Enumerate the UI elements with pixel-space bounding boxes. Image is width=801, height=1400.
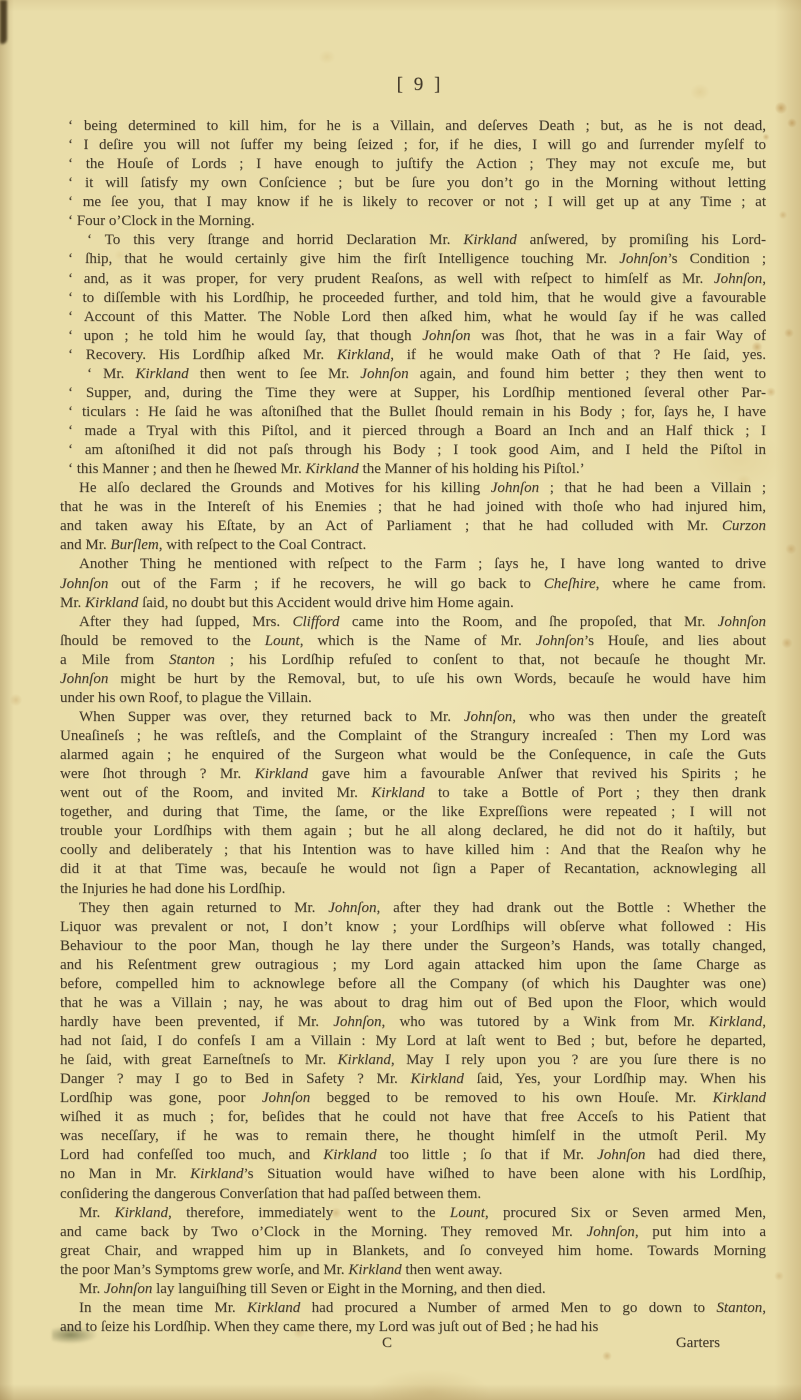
- text-line: and taken away his Eſtate, by an Act of …: [60, 517, 766, 536]
- book-page: [ 9 ] ‘ being determined to kill him, fo…: [0, 0, 801, 1400]
- text-line: and Mr. Burſlem, with reſpect to the Coa…: [60, 536, 766, 555]
- text-line: ‘ Mr. Kirkland then went to ſee Mr. John…: [60, 365, 766, 384]
- text-line: the Injuries he had done his Lordſhip.: [60, 880, 766, 899]
- text-line: went out of the Room, and invited Mr. Ki…: [60, 784, 766, 803]
- text-line: ‘ this Manner ; and then he ſhewed Mr. K…: [60, 460, 766, 479]
- text-line: trouble your Lordſhips with them again ;…: [60, 822, 766, 841]
- text-line: that he was in the Intereſt of his Enemi…: [60, 498, 766, 517]
- text-line: Mr. Johnſon lay languiſhing till Seven o…: [60, 1280, 766, 1299]
- text-line: coolly and deliberately ; that his Inten…: [60, 841, 766, 860]
- text-line: he ſaid, with great Earneſtneſs to Mr. K…: [60, 1051, 766, 1070]
- text-line: Mr. Kirkland, therefore, immediately wen…: [60, 1204, 766, 1223]
- text-line: ‘ me ſee you, that I may know if he is l…: [60, 193, 766, 212]
- text-line: He alſo declared the Grounds and Motives…: [60, 479, 766, 498]
- text-line: Johnſon out of the Farm ; if he recovers…: [60, 575, 766, 594]
- text-line: had not ſaid, I do confeſs I am a Villai…: [60, 1032, 766, 1051]
- text-line: Uneaſineſs ; he was reſtleſs, and the Co…: [60, 727, 766, 746]
- text-line: and his Reſentment grew outragious ; my …: [60, 956, 766, 975]
- text-line: a Mile from Stanton ; his Lordſhip refuſ…: [60, 651, 766, 670]
- text-line: Danger ? may I go to Bed in Safety ? Mr.…: [60, 1070, 766, 1089]
- text-line: under his own Roof, to plague the Villai…: [60, 689, 766, 708]
- text-line: ‘ the Houſe of Lords ; I have enough to …: [60, 155, 766, 174]
- text-line: Another Thing he mentioned with reſpect …: [60, 555, 766, 574]
- text-line: ‘ Four o’Clock in the Morning.: [60, 212, 766, 231]
- text-line: conſidering the dangerous Converſation t…: [60, 1185, 766, 1204]
- text-line: ‘ ſhip, that he would certainly give him…: [60, 250, 766, 269]
- text-line: Lord had confeſſed too much, and Kirklan…: [60, 1146, 766, 1165]
- text-line: Lordſhip was gone, poor Johnſon begged t…: [60, 1089, 766, 1108]
- page-number: [ 9 ]: [60, 74, 780, 96]
- text-line: When Supper was over, they returned back…: [60, 708, 766, 727]
- text-line: hardly have been prevented, if Mr. Johnſ…: [60, 1013, 766, 1032]
- text-line: and came back by Two o’Clock in the Morn…: [60, 1223, 766, 1242]
- text-line: ‘ Recovery. His Lordſhip aſked Mr. Kirkl…: [60, 346, 766, 365]
- text-line: was neceſſary, if he was to remain there…: [60, 1127, 766, 1146]
- catchword: Garters: [676, 1334, 720, 1353]
- text-line: together, and during that Time, the ſame…: [60, 803, 766, 822]
- text-line: ‘ upon ; he told him he would ſay, that …: [60, 327, 766, 346]
- text-line: They then again returned to Mr. Johnſon,…: [60, 899, 766, 918]
- text-line: ‘ I deſire you will not ſuffer my being …: [60, 136, 766, 155]
- text-line: that he was a Villain ; nay, he was abou…: [60, 994, 766, 1013]
- text-line: ‘ to diſſemble with his Lordſhip, he pro…: [60, 289, 766, 308]
- page-text: ‘ being determined to kill him, for he i…: [60, 117, 766, 1337]
- text-line: Liquor was prevalent or not, I don’t kno…: [60, 918, 766, 937]
- text-line: ſhould be removed to the Lount, which is…: [60, 632, 766, 651]
- text-line: ‘ and, as it was proper, for very pruden…: [60, 270, 766, 289]
- text-line: After they had ſupped, Mrs. Clifford cam…: [60, 613, 766, 632]
- page-footer: C Garters: [60, 1334, 766, 1354]
- text-line: ‘ To this very ſtrange and horrid Declar…: [60, 231, 766, 250]
- signature-mark: C: [382, 1334, 392, 1353]
- text-line: Mr. Kirkland ſaid, no doubt but this Acc…: [60, 594, 766, 613]
- binding-shadow: [0, 0, 7, 44]
- text-line: ‘ being determined to kill him, for he i…: [60, 117, 766, 136]
- text-line: ‘ it will ſatisfy my own Conſcience ; bu…: [60, 174, 766, 193]
- text-line: no Man in Mr. Kirkland’s Situation would…: [60, 1165, 766, 1184]
- text-line: were ſhot through ? Mr. Kirkland gave hi…: [60, 765, 766, 784]
- text-line: before, compelled him to acknowlege befo…: [60, 975, 766, 994]
- text-line: ‘ Supper, and, during the Time they were…: [60, 384, 766, 403]
- text-line: wiſhed it as much ; for, beſides that he…: [60, 1108, 766, 1127]
- text-line: did it at that Time was, becauſe he woul…: [60, 860, 766, 879]
- text-line: ‘ ticulars : He ſaid he was aſtoniſhed t…: [60, 403, 766, 422]
- text-line: Johnſon might be hurt by the Removal, bu…: [60, 670, 766, 689]
- text-line: alarmed again ; he enquired of the Surge…: [60, 746, 766, 765]
- text-line: ‘ made a Tryal with this Piſtol, and it …: [60, 422, 766, 441]
- text-line: In the mean time Mr. Kirkland had procur…: [60, 1299, 766, 1318]
- text-line: Behaviour to the poor Man, though he lay…: [60, 937, 766, 956]
- text-line: great Chair, and wrapped him up in Blank…: [60, 1242, 766, 1261]
- text-line: the poor Man’s Symptoms grew worſe, and …: [60, 1261, 766, 1280]
- text-line: ‘ Account of this Matter. The Noble Lord…: [60, 308, 766, 327]
- text-line: ‘ am aſtoniſhed it did not paſs through …: [60, 441, 766, 460]
